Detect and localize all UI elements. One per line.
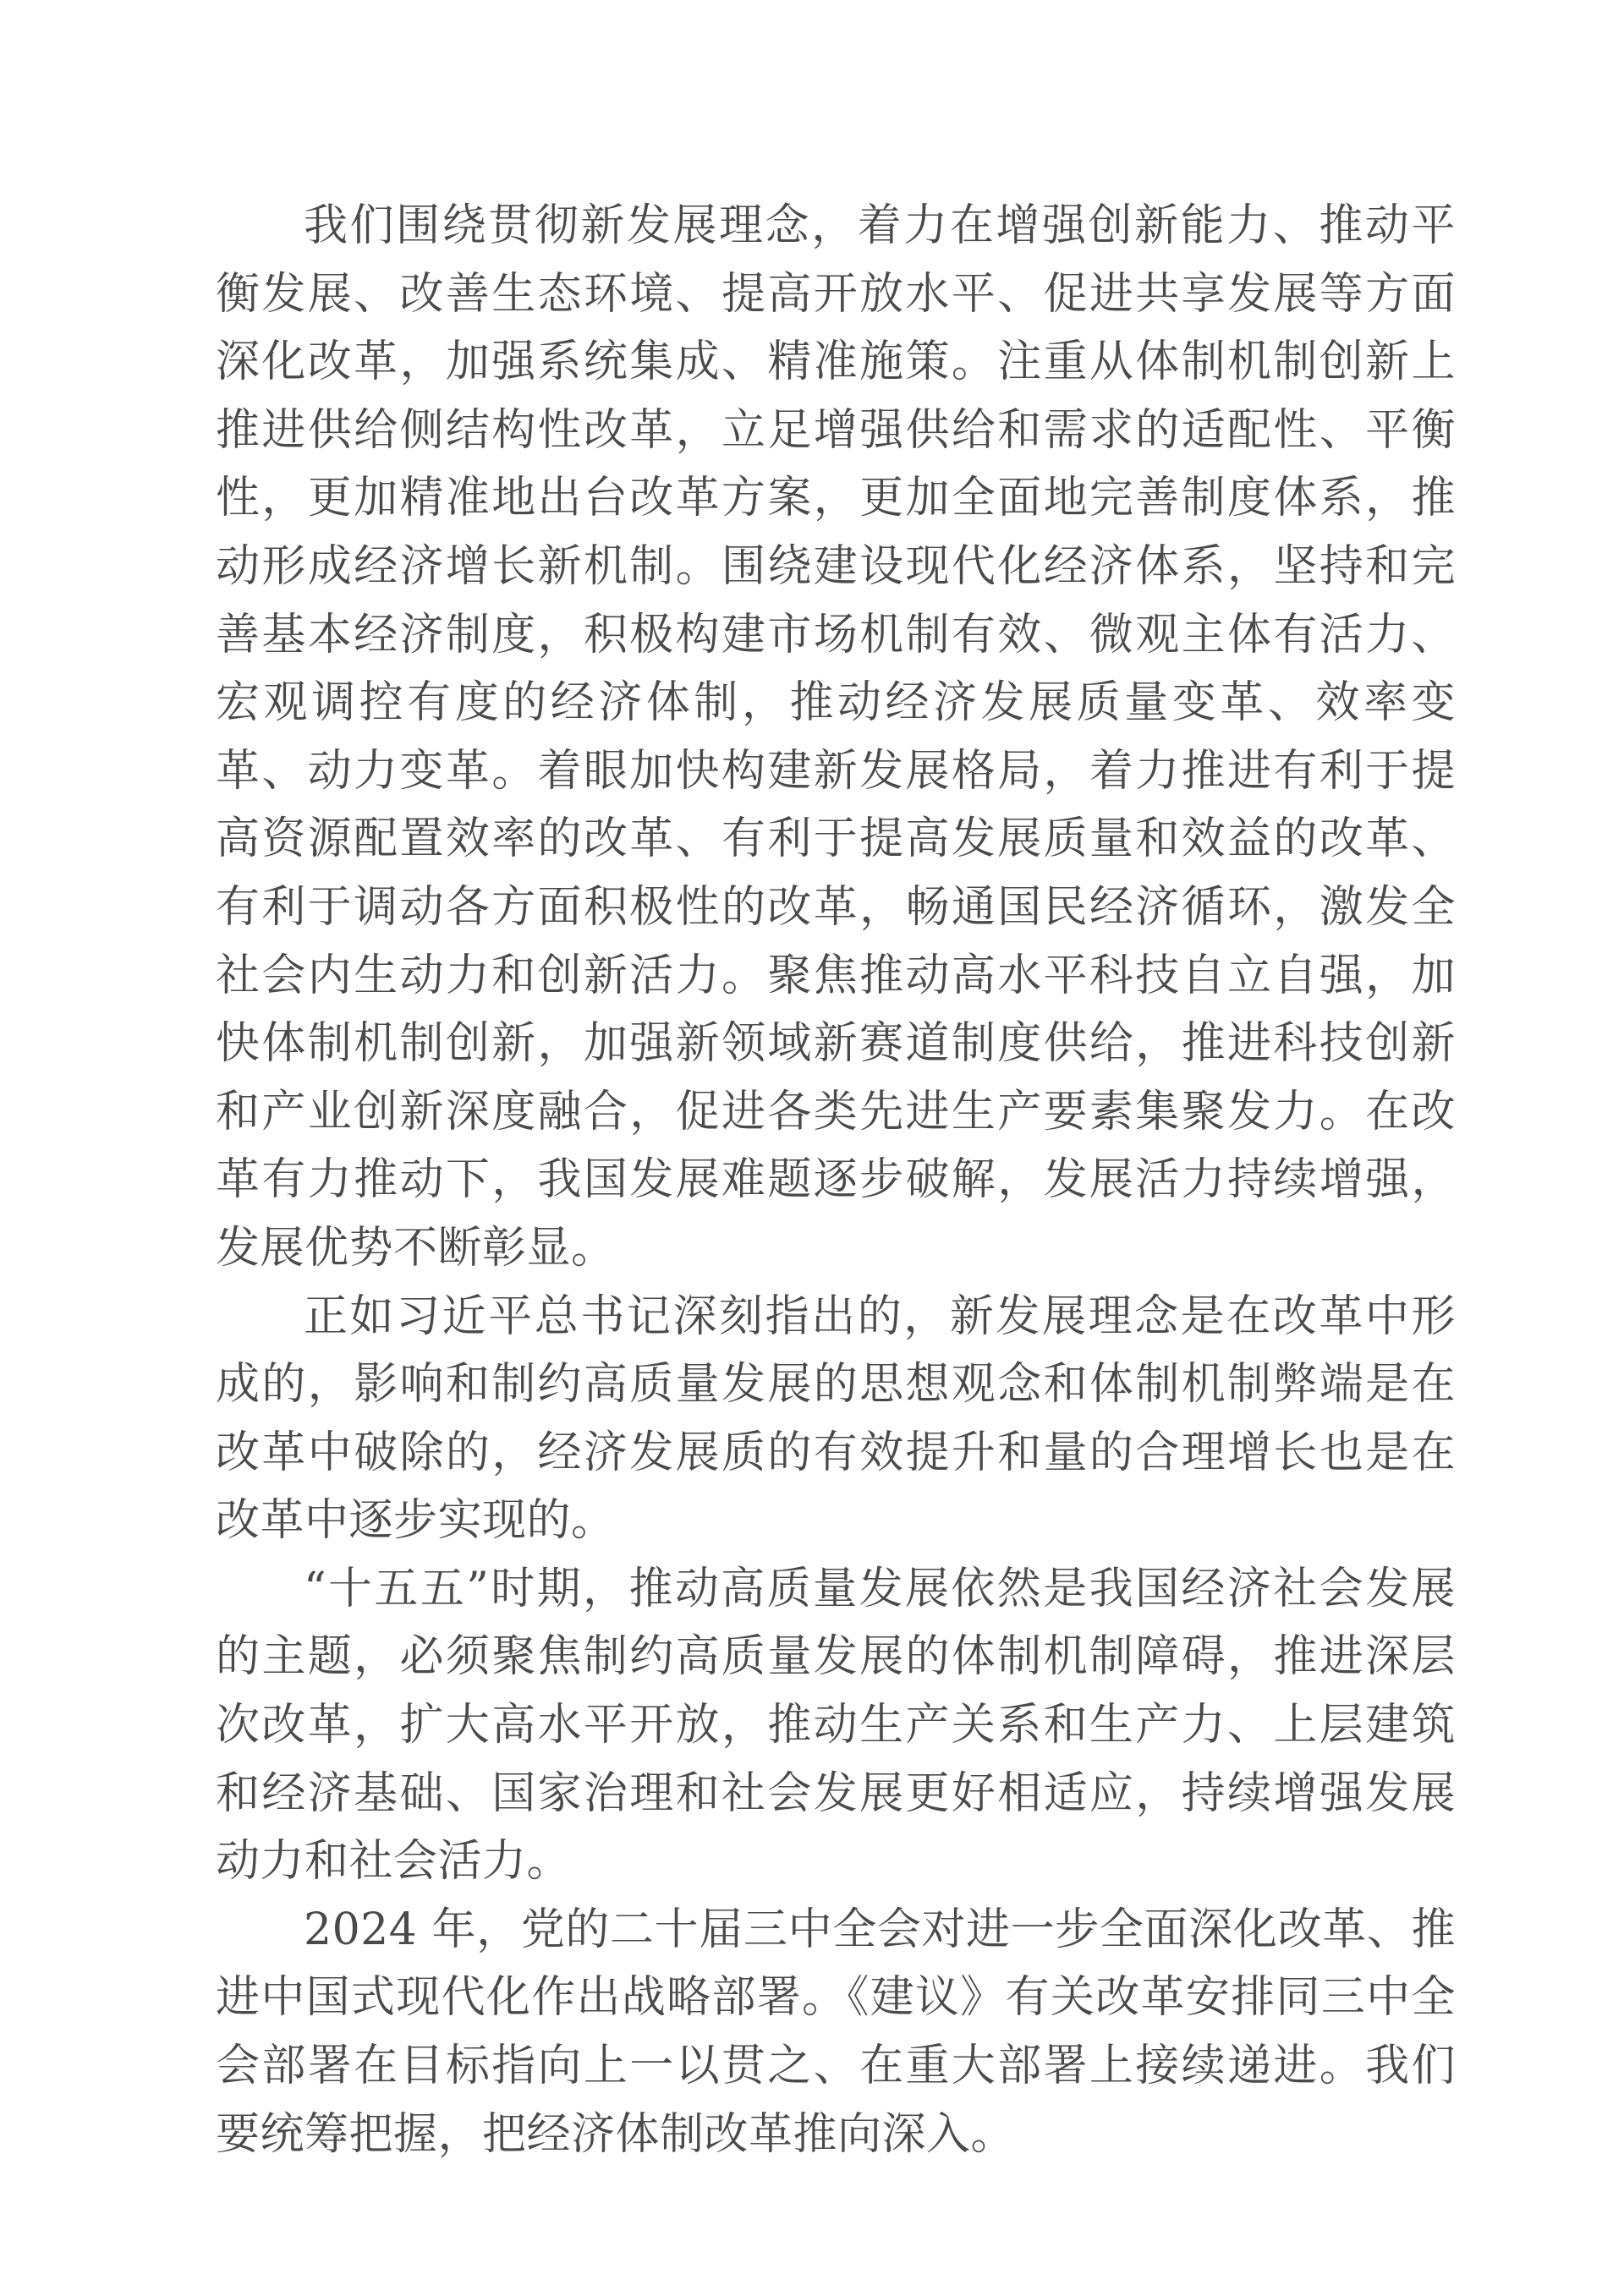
document-body: 我们围绕贯彻新发展理念，着力在增强创新能力、推动平衡发展、改善生态环境、提高开放… xyxy=(216,192,1456,2168)
paragraph: 正如习近平总书记深刻指出的，新发展理念是在改革中形成的，影响和制约高质量发展的思… xyxy=(216,1283,1456,1555)
document-page: 我们围绕贯彻新发展理念，着力在增强创新能力、推动平衡发展、改善生态环境、提高开放… xyxy=(0,0,1624,2296)
paragraph: 我们围绕贯彻新发展理念，着力在增强创新能力、推动平衡发展、改善生态环境、提高开放… xyxy=(216,192,1456,1283)
paragraph: “十五五”时期，推动高质量发展依然是我国经济社会发展的主题，必须聚焦制约高质量发… xyxy=(216,1555,1456,1896)
paragraph: 2024 年，党的二十届三中全会对进一步全面深化改革、推进中国式现代化作出战略部… xyxy=(216,1896,1456,2168)
